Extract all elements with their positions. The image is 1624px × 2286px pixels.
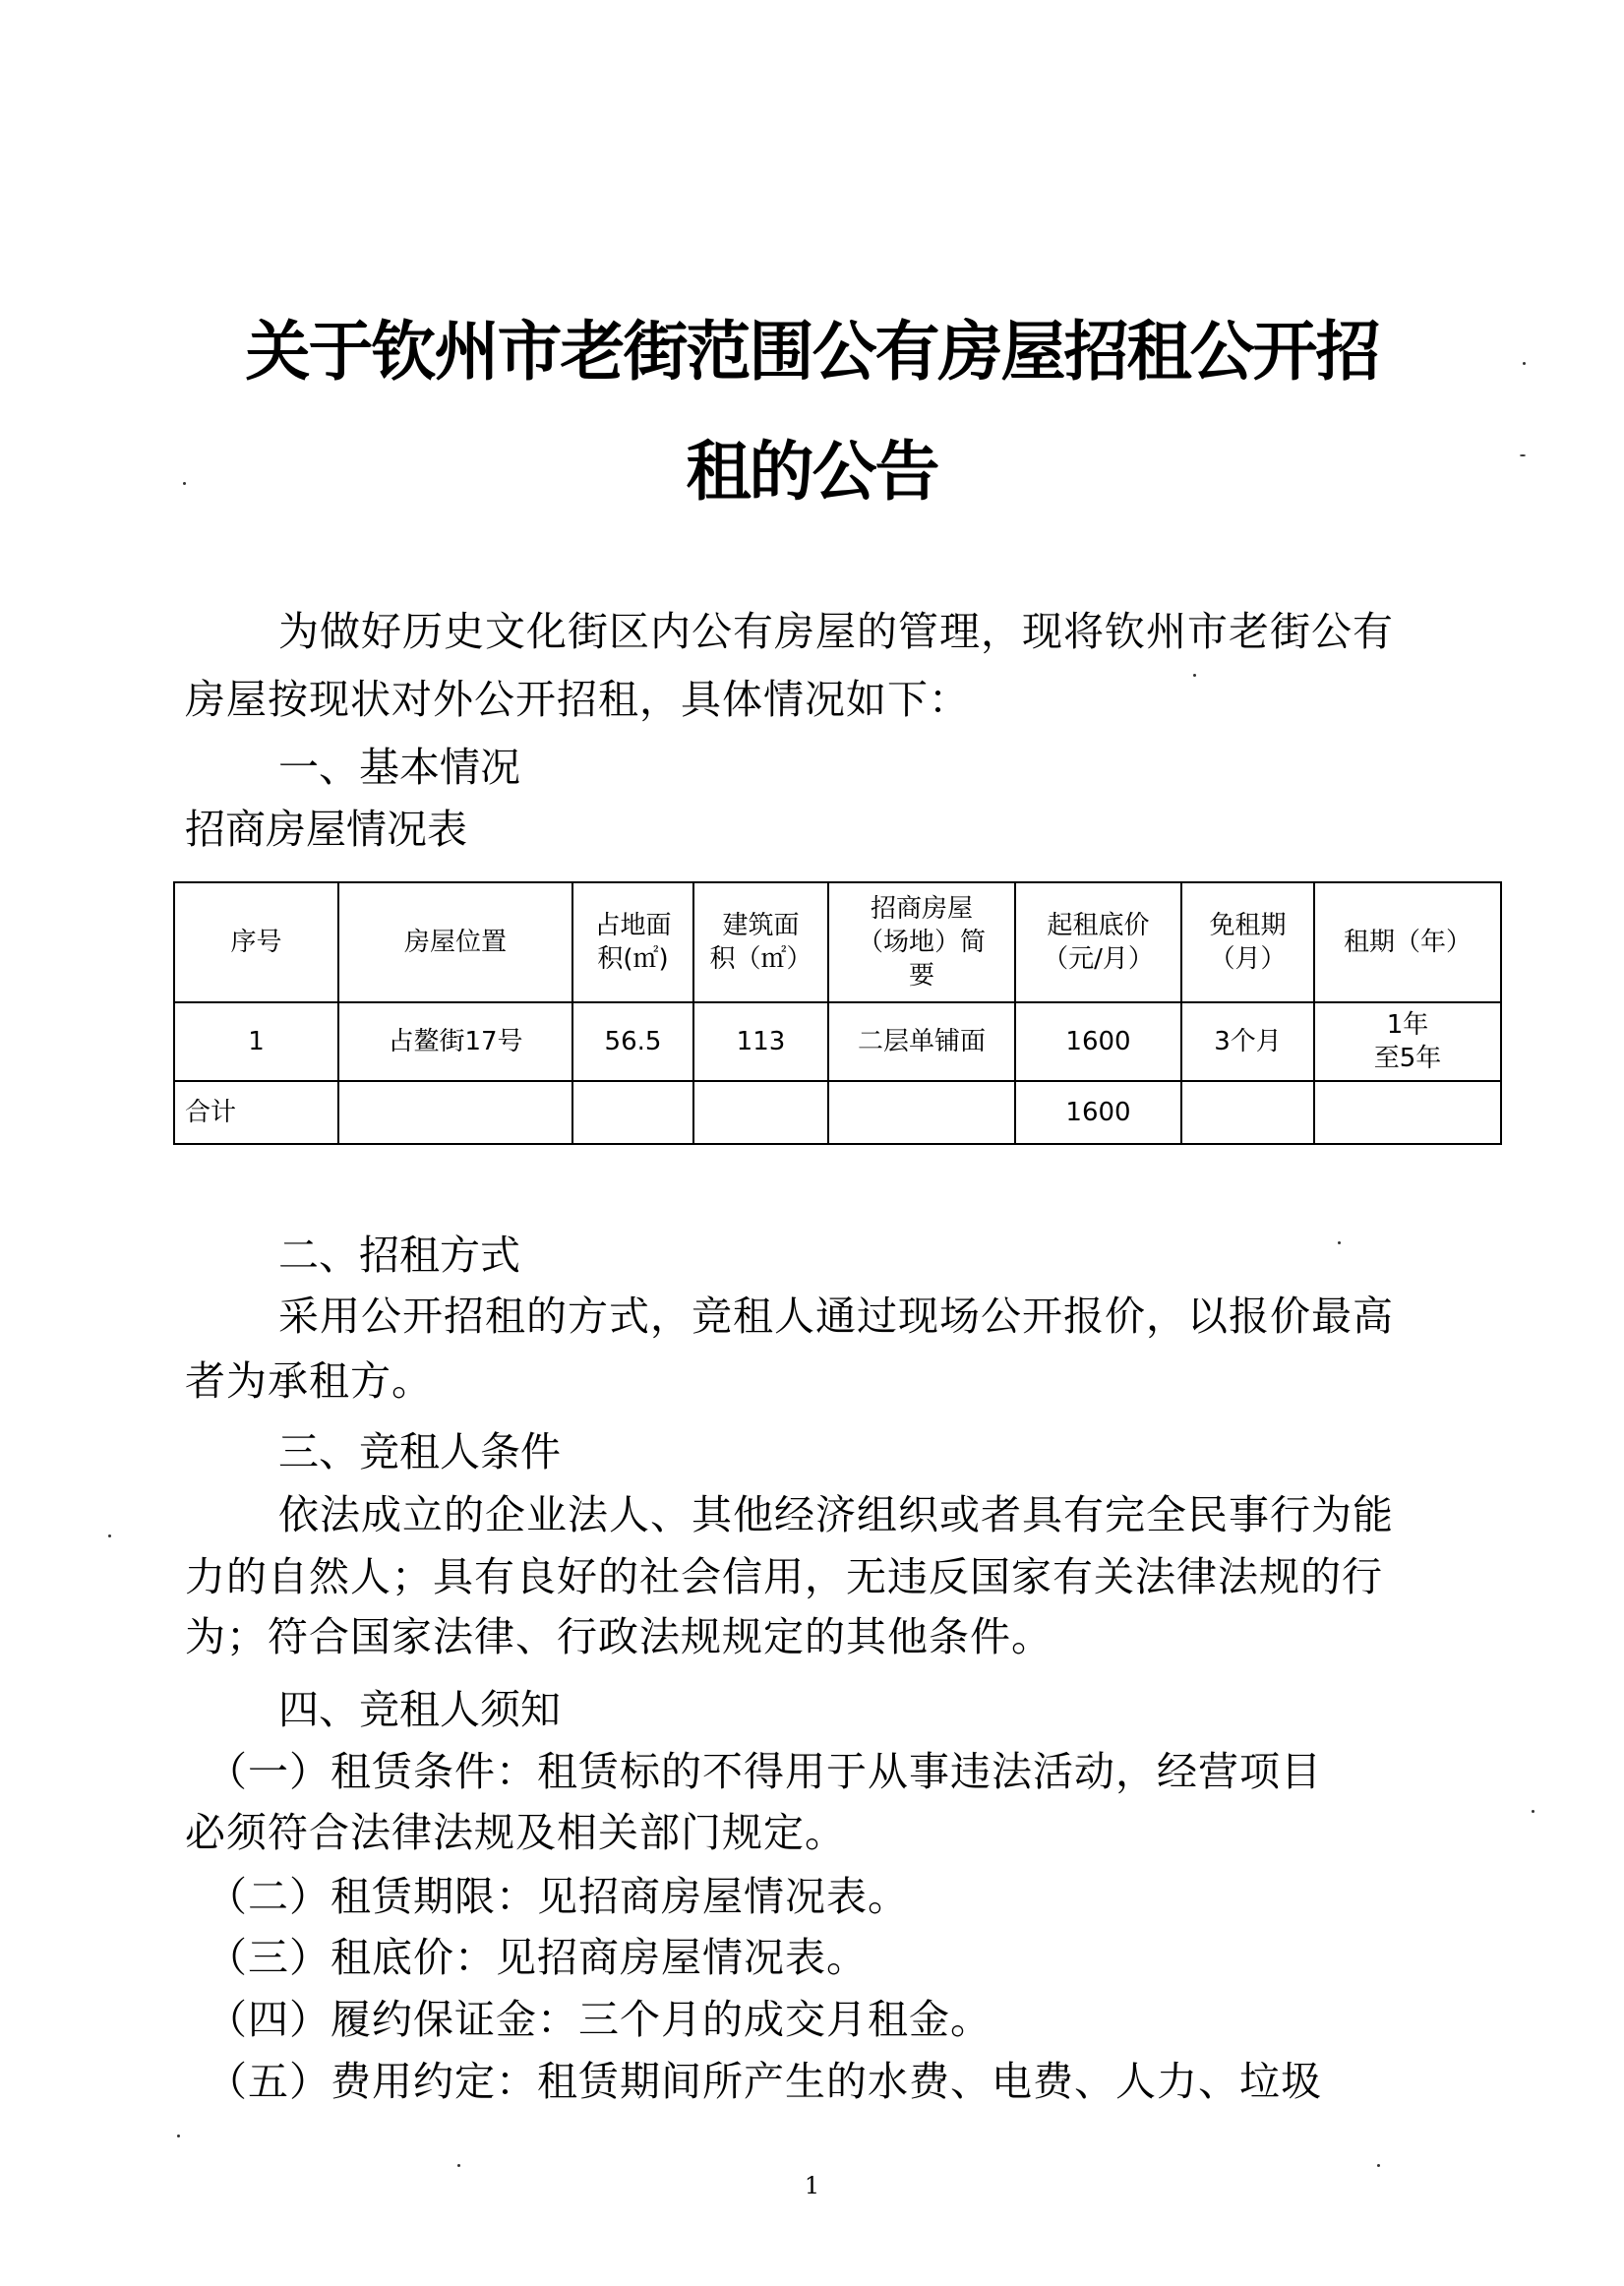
header-description: 招商房屋 （场地）简 要	[828, 882, 1015, 1002]
section-2-line-2: 者为承租方。	[185, 1354, 433, 1409]
section-1-heading: 一、基本情况	[278, 740, 520, 795]
header-land-area-l2: 积(㎡)	[577, 942, 689, 976]
header-rent-free: 免租期 （月）	[1181, 882, 1314, 1002]
header-location: 房屋位置	[338, 882, 572, 1002]
header-base-rent: 起租底价 （元/月）	[1015, 882, 1181, 1002]
page-number: 1	[0, 2172, 1624, 2199]
total-label: 合计	[174, 1081, 338, 1144]
section-2-line-1: 采用公开招租的方式，竞租人通过现场公开报价，以报价最高	[278, 1289, 1394, 1344]
scan-speck	[1193, 674, 1196, 677]
cell-term: 1年 至5年	[1314, 1002, 1501, 1081]
header-land-area-l1: 占地面	[577, 909, 689, 942]
section-4-item-5: （五）费用约定：租赁期间所产生的水费、电费、人力、垃圾	[207, 2054, 1322, 2109]
header-base-rent-l1: 起租底价	[1020, 909, 1176, 942]
total-empty-4	[828, 1081, 1015, 1144]
section-3-line-1: 依法成立的企业法人、其他经济组织或者具有完全民事行为能	[278, 1487, 1394, 1542]
table-total-row: 合计 1600	[174, 1081, 1501, 1144]
scan-speck	[1377, 2164, 1380, 2167]
section-3-line-2: 力的自然人；具有良好的社会信用，无违反国家有关法律法规的行	[185, 1549, 1383, 1604]
total-empty-1	[338, 1081, 572, 1144]
section-4-item-4: （四）履约保证金：三个月的成交月租金。	[207, 1992, 992, 2047]
house-table: 序号 房屋位置 占地面 积(㎡) 建筑面 积（㎡） 招商房屋 （场地）简 要 起…	[173, 881, 1502, 1145]
cell-rent-free: 3个月	[1181, 1002, 1314, 1081]
total-empty-5	[1181, 1081, 1314, 1144]
cell-base-rent: 1600	[1015, 1002, 1181, 1081]
header-building-area-l2: 积（㎡）	[698, 942, 823, 976]
scan-speck	[108, 1534, 111, 1537]
section-3-line-3: 为；符合国家法律、行政法规规定的其他条件。	[185, 1609, 1053, 1664]
header-description-l3: 要	[833, 959, 1010, 993]
header-building-area: 建筑面 积（㎡）	[693, 882, 828, 1002]
title-line-1: 关于钦州市老街范围公有房屋招租公开招	[0, 313, 1624, 391]
header-description-l1: 招商房屋	[833, 892, 1010, 926]
table-caption: 招商房屋情况表	[185, 802, 467, 857]
title-line-2: 租的公告	[0, 433, 1624, 511]
section-2-heading: 二、招租方式	[278, 1228, 520, 1283]
header-base-rent-l2: （元/月）	[1020, 942, 1176, 976]
header-rent-free-l2: （月）	[1186, 942, 1309, 976]
cell-land-area: 56.5	[572, 1002, 693, 1081]
total-empty-3	[693, 1081, 828, 1144]
intro-line-1: 为做好历史文化街区内公有房屋的管理，现将钦州市老街公有	[278, 604, 1394, 659]
section-4-heading: 四、竞租人须知	[278, 1682, 561, 1737]
total-empty-2	[572, 1081, 693, 1144]
scan-speck	[1338, 1241, 1341, 1244]
intro-line-2: 房屋按现状对外公开招租，具体情况如下：	[185, 672, 970, 727]
cell-building-area: 113	[693, 1002, 828, 1081]
table-header-row: 序号 房屋位置 占地面 积(㎡) 建筑面 积（㎡） 招商房屋 （场地）简 要 起…	[174, 882, 1501, 1002]
scan-speck	[457, 2164, 460, 2167]
scan-speck	[1532, 1810, 1534, 1813]
scan-speck	[1520, 454, 1526, 456]
cell-location: 占鳌街17号	[338, 1002, 572, 1081]
cell-term-l1: 1年	[1319, 1008, 1496, 1042]
section-4-item-2: （二）租赁期限：见招商房屋情况表。	[207, 1869, 909, 1924]
header-building-area-l1: 建筑面	[698, 909, 823, 942]
section-4-item-1-line-2: 必须符合法律法规及相关部门规定。	[185, 1805, 846, 1860]
table-row: 1 占鳌街17号 56.5 113 二层单铺面 1600 3个月 1年 至5年	[174, 1002, 1501, 1081]
header-description-l2: （场地）简	[833, 926, 1010, 959]
total-empty-6	[1314, 1081, 1501, 1144]
header-index: 序号	[174, 882, 338, 1002]
section-4-item-3: （三）租底价：见招商房屋情况表。	[207, 1930, 868, 1985]
cell-index: 1	[174, 1002, 338, 1081]
total-base-rent: 1600	[1015, 1081, 1181, 1144]
scan-speck	[177, 2135, 180, 2137]
section-3-heading: 三、竞租人条件	[278, 1424, 561, 1479]
scan-speck	[183, 482, 186, 485]
section-4-item-1-line-1: （一）租赁条件：租赁标的不得用于从事违法活动，经营项目	[207, 1744, 1322, 1799]
header-term: 租期（年）	[1314, 882, 1501, 1002]
scan-speck	[1523, 362, 1526, 365]
header-land-area: 占地面 积(㎡)	[572, 882, 693, 1002]
header-rent-free-l1: 免租期	[1186, 909, 1309, 942]
cell-description: 二层单铺面	[828, 1002, 1015, 1081]
cell-term-l2: 至5年	[1319, 1042, 1496, 1075]
